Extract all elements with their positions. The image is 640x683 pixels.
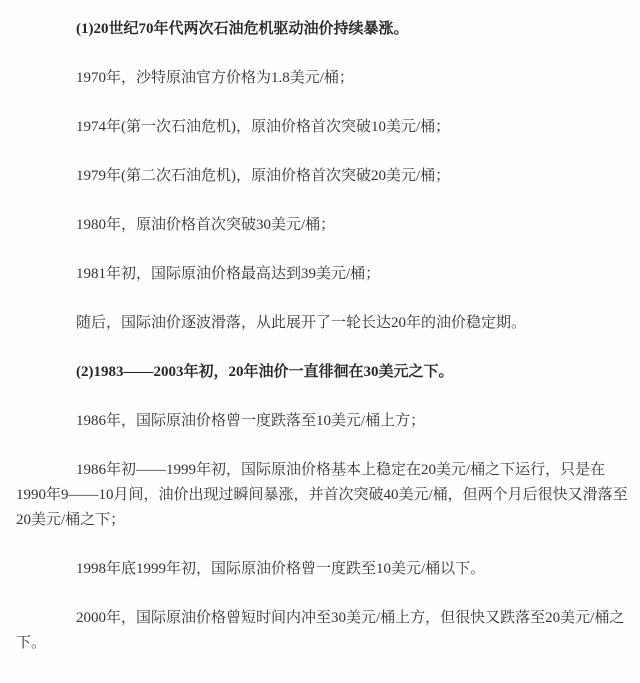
section-heading: (2)1983——2003年初，20年油价一直徘徊在30美元之下。 [16,360,632,385]
paragraph: 1974年(第一次石油危机)，原油价格首次突破10美元/桶； [16,115,632,140]
paragraph: 1970年，沙特原油官方价格为1.8美元/桶； [16,66,632,91]
paragraph: 1980年，原油价格首次突破30美元/桶； [16,213,632,238]
paragraph: 1998年底1999年初，国际原油价格曾一度跌至10美元/桶以下。 [16,557,632,582]
paragraph: 随后，国际油价逐波滑落，从此展开了一轮长达20年的油价稳定期。 [16,311,632,336]
paragraph: 1979年(第二次石油危机)，原油价格首次突破20美元/桶； [16,164,632,189]
article: (1)20世纪70年代两次石油危机驱动油价持续暴涨。1970年，沙特原油官方价格… [16,17,632,656]
section-heading: (1)20世纪70年代两次石油危机驱动油价持续暴涨。 [16,17,632,42]
paragraph: 1986年，国际原油价格曾一度跌落至10美元/桶上方； [16,409,632,434]
paragraph: 1986年初——1999年初，国际原油价格基本上稳定在20美元/桶之下运行，只是… [16,458,632,533]
paragraph: 2000年，国际原油价格曾短时间内冲至30美元/桶上方，但很快又跌落至20美元/… [16,606,632,656]
document-page: (1)20世纪70年代两次石油危机驱动油价持续暴涨。1970年，沙特原油官方价格… [0,0,640,683]
paragraph: 1981年初，国际原油价格最高达到39美元/桶； [16,262,632,287]
